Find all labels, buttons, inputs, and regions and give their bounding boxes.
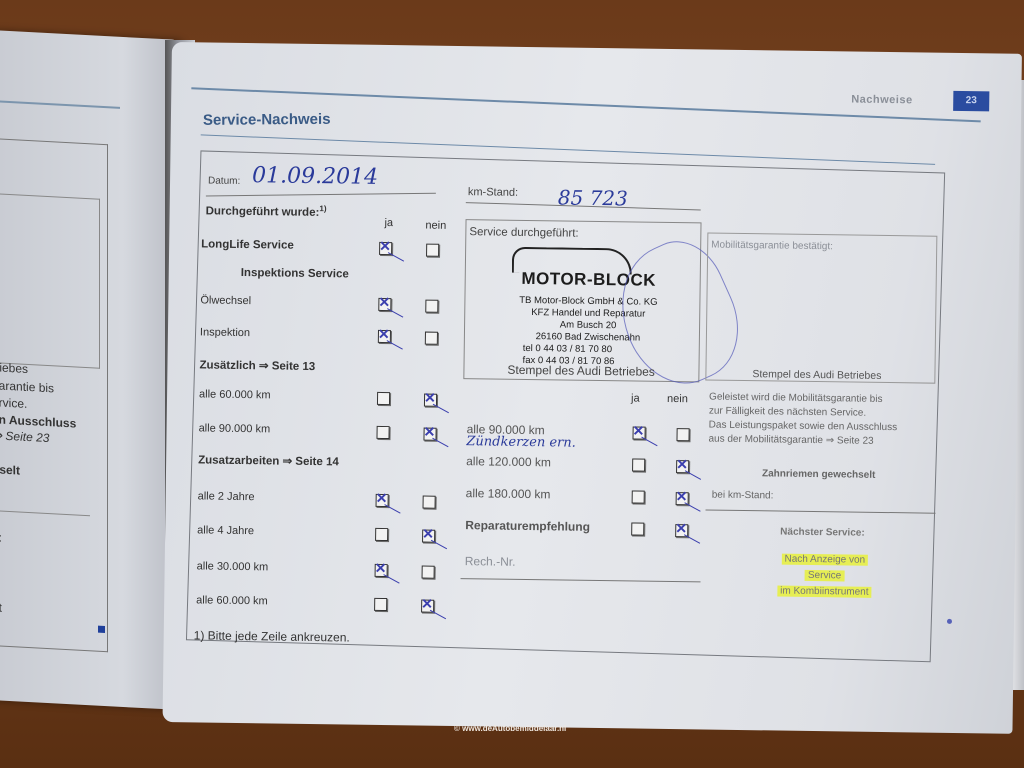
checkbox-ja[interactable] <box>631 522 644 535</box>
checkbox-nein[interactable] <box>676 428 689 441</box>
next-service-label: Nächster Service: <box>780 527 865 539</box>
page-title: Service-Nachweis <box>203 111 331 129</box>
checkbox-nein[interactable] <box>424 394 437 407</box>
checkbox-nein[interactable] <box>421 600 434 613</box>
km-label: km-Stand: <box>468 186 518 199</box>
column-nein: nein <box>425 220 446 232</box>
checkbox-ja[interactable] <box>632 458 645 471</box>
left-page-text: triebes <box>0 360 28 376</box>
checkbox-nein[interactable] <box>422 530 435 543</box>
checkbox-ja[interactable] <box>374 598 387 611</box>
left-page-text: nt <box>0 600 2 615</box>
timing-belt-km-label: bei km-Stand: <box>712 490 774 502</box>
next-service-line: im Kombiinstrument <box>777 586 872 598</box>
column-ja-2: ja <box>631 392 640 404</box>
row-label: Inspektion <box>200 326 250 339</box>
row-label: alle 60.000 km <box>199 388 271 401</box>
checkbox-ja[interactable] <box>378 298 391 311</box>
left-page-text: ervice. <box>0 395 27 411</box>
checkbox-ja[interactable] <box>632 490 645 503</box>
invoice-label: Rech.-Nr. <box>465 554 516 569</box>
mobility-stamp-box <box>705 232 937 383</box>
row-label: Ölwechsel <box>200 294 251 307</box>
checkbox-nein[interactable] <box>423 496 436 509</box>
checkbox-ja[interactable] <box>375 528 388 541</box>
mobility-label: Mobilitätsgarantie bestätigt: <box>711 240 833 253</box>
left-page-text: garantie bis <box>0 378 54 395</box>
row-label: Zusätzlich ⇒ Seite 13 <box>199 357 315 373</box>
left-page: t:triebesgarantie biservice.en Ausschlus… <box>0 30 180 710</box>
date-value[interactable]: 01.09.2014 <box>252 163 378 190</box>
next-service-value: Nach Anzeige vonServiceim Kombiinstrumen… <box>764 550 885 600</box>
row-label: Zusatzarbeiten ⇒ Seite 14 <box>198 452 339 468</box>
checkbox-nein[interactable] <box>422 566 435 579</box>
checkbox-nein[interactable] <box>676 492 689 505</box>
checkbox-nein[interactable] <box>425 332 438 345</box>
row-label: Inspektions Service <box>241 267 349 281</box>
checkbox-ja[interactable] <box>379 242 392 255</box>
mobility-stamp-caption: Stempel des Audi Betriebes <box>752 368 881 382</box>
left-page-text: e: <box>0 530 2 545</box>
footnote-text: 1) Bitte jede Zeile ankreuzen. <box>194 628 350 644</box>
row-label: alle 90.000 km <box>199 422 271 435</box>
mobility-text-line: zur Fälligkeit des nächsten Service. <box>709 406 866 419</box>
page-number: 23 <box>953 91 989 112</box>
left-page-marker <box>98 626 105 633</box>
date-label: Datum: <box>208 176 240 187</box>
left-page-text: hselt <box>0 462 20 477</box>
row-label: alle 120.000 km <box>466 454 551 469</box>
handwritten-note[interactable]: Zündkerzen ern. <box>466 434 576 451</box>
left-page-rule <box>0 100 120 109</box>
row-label: alle 4 Jahre <box>197 524 254 537</box>
left-page-text: ⇒ Seite 23 <box>0 428 49 445</box>
section-label: Nachweise <box>851 93 913 106</box>
next-service-line: Service <box>805 570 845 582</box>
checkbox-ja[interactable] <box>375 564 388 577</box>
checkbox-nein[interactable] <box>676 460 689 473</box>
row-label: alle 60.000 km <box>196 594 268 607</box>
checkbox-ja[interactable] <box>632 426 645 439</box>
footnote: 1) Bitte jede Zeile ankreuzen. <box>194 628 350 644</box>
service-performed-label: Service durchgeführt: <box>469 226 578 240</box>
row-label: Reparaturempfehlung <box>465 518 590 534</box>
right-page: Nachweise 23 Service-Nachweis Datum: 01.… <box>163 42 1022 734</box>
checkbox-ja[interactable] <box>376 494 389 507</box>
row-label: alle 30.000 km <box>197 560 269 573</box>
checkbox-ja[interactable] <box>378 330 391 343</box>
checkbox-ja[interactable] <box>377 392 390 405</box>
stamp-caption: Stempel des Audi Betriebes <box>507 363 655 379</box>
next-service-line: Nach Anzeige von <box>781 554 868 566</box>
performed-label: Durchgeführt wurde:1) <box>206 202 327 219</box>
watermark: © www.deAutobemiddelaar.nl <box>454 724 566 733</box>
checkbox-nein[interactable] <box>425 300 438 313</box>
column-ja: ja <box>384 217 393 229</box>
row-label: LongLife Service <box>201 238 294 251</box>
timing-belt-label: Zahnriemen gewechselt <box>762 468 876 481</box>
mobility-text-line: aus der Mobilitätsgarantie ⇒ Seite 23 <box>708 434 873 447</box>
checkbox-nein[interactable] <box>426 244 439 257</box>
row-label: alle 180.000 km <box>466 486 551 501</box>
checkbox-nein[interactable] <box>675 524 688 537</box>
page-marker <box>947 619 952 624</box>
performed-text: Durchgeführt wurde: <box>206 205 320 219</box>
column-nein-2: nein <box>667 393 688 405</box>
checkbox-nein[interactable] <box>423 428 436 441</box>
left-page-stamp-box <box>0 193 100 369</box>
footnote-marker: 1) <box>319 204 326 213</box>
row-label: alle 2 Jahre <box>198 490 255 503</box>
checkbox-ja[interactable] <box>376 426 389 439</box>
